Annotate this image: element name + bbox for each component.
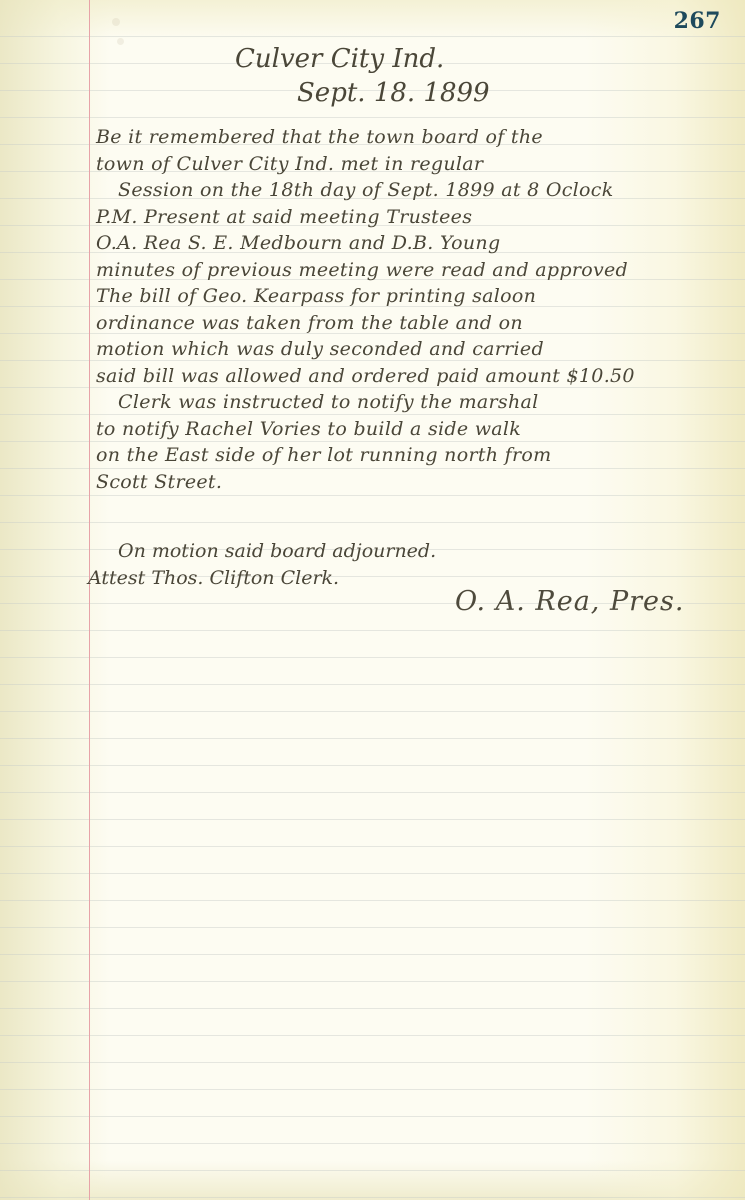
body-line: said bill was allowed and ordered paid a… <box>96 363 736 390</box>
body-line: Scott Street. <box>96 469 736 496</box>
page-heading: Culver City Ind. Sept. 18. 1899 <box>235 42 535 110</box>
heading-place: Culver City Ind. <box>235 42 535 76</box>
heading-date: Sept. 18. 1899 <box>235 76 535 110</box>
body-line: to notify Rachel Vories to build a side … <box>96 416 736 443</box>
body-line: minutes of previous meeting were read an… <box>96 257 736 284</box>
body-line: Be it remembered that the town board of … <box>96 124 736 151</box>
margin-rule <box>89 0 90 1200</box>
body-line: town of Culver City Ind. met in regular <box>96 151 736 178</box>
body-line: motion which was duly seconded and carri… <box>96 336 736 363</box>
minutes-body: Be it remembered that the town board of … <box>96 124 736 495</box>
body-line: The bill of Geo. Kearpass for printing s… <box>96 283 736 310</box>
body-line: ordinance was taken from the table and o… <box>96 310 736 337</box>
president-signature: O. A. Rea, Pres. <box>455 586 684 617</box>
body-line: P.M. Present at said meeting Trustees <box>96 204 736 231</box>
body-line: Clerk was instructed to notify the marsh… <box>96 389 736 416</box>
paper-spot <box>112 18 120 26</box>
body-line: on the East side of her lot running nort… <box>96 442 736 469</box>
closing-block: On motion said board adjourned. Attest T… <box>88 538 728 592</box>
page-number: 267 <box>674 8 721 34</box>
adjournment-line: On motion said board adjourned. <box>88 538 728 565</box>
paper-spot <box>117 38 124 45</box>
body-line: Session on the 18th day of Sept. 1899 at… <box>96 177 736 204</box>
ledger-page: 267 Culver City Ind. Sept. 18. 1899 Be i… <box>0 0 745 1200</box>
body-line: O.A. Rea S. E. Medbourn and D.B. Young <box>96 230 736 257</box>
